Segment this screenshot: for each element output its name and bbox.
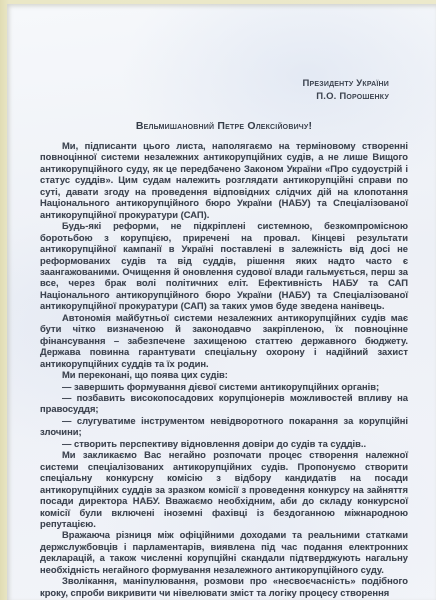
bullet-item: — позбавить високопосадових корупціонері… (40, 392, 408, 415)
body-paragraph: Ми, підписанти цього листа, наполягаємо … (40, 140, 408, 220)
bullet-item: — створить перспективу відновлення довір… (40, 438, 408, 449)
recipient-block: Президенту України П.О. Порошенку (40, 78, 408, 103)
recipient-line-title: Президенту України (40, 78, 389, 91)
scanned-page: Президенту України П.О. Порошенку Вельми… (7, 4, 436, 600)
scanned-letter-screenshot: { "colors": { "paper": "#f1f4f9", "scan_… (0, 0, 436, 600)
body-paragraph: Вражаюча різниця між офіційними доходами… (40, 529, 408, 575)
body-paragraph: Ми переконані, що поява цих судів: (40, 369, 408, 380)
body-paragraph: Зволікання, маніпулювання, розмови про «… (40, 575, 408, 598)
bullet-item: — слугуватиме інструментом невідворотног… (40, 415, 408, 438)
letter-content: Президенту України П.О. Порошенку Вельми… (40, 4, 408, 598)
salutation: Вельмишановний Петре Олексійовичу! (40, 120, 408, 132)
body-paragraph: Будь-які реформи, не підкріплені системн… (40, 220, 408, 312)
letter-body: Ми, підписанти цього листа, наполягаємо … (40, 140, 408, 598)
body-paragraph: Ми закликаємо Вас негайно розпочати проц… (40, 449, 408, 529)
bullet-item: — завершить формування дієвої системи ан… (40, 381, 408, 392)
body-paragraph: Автономія майбутньої системи незалежних … (40, 312, 408, 369)
recipient-line-name: П.О. Порошенку (40, 91, 389, 104)
